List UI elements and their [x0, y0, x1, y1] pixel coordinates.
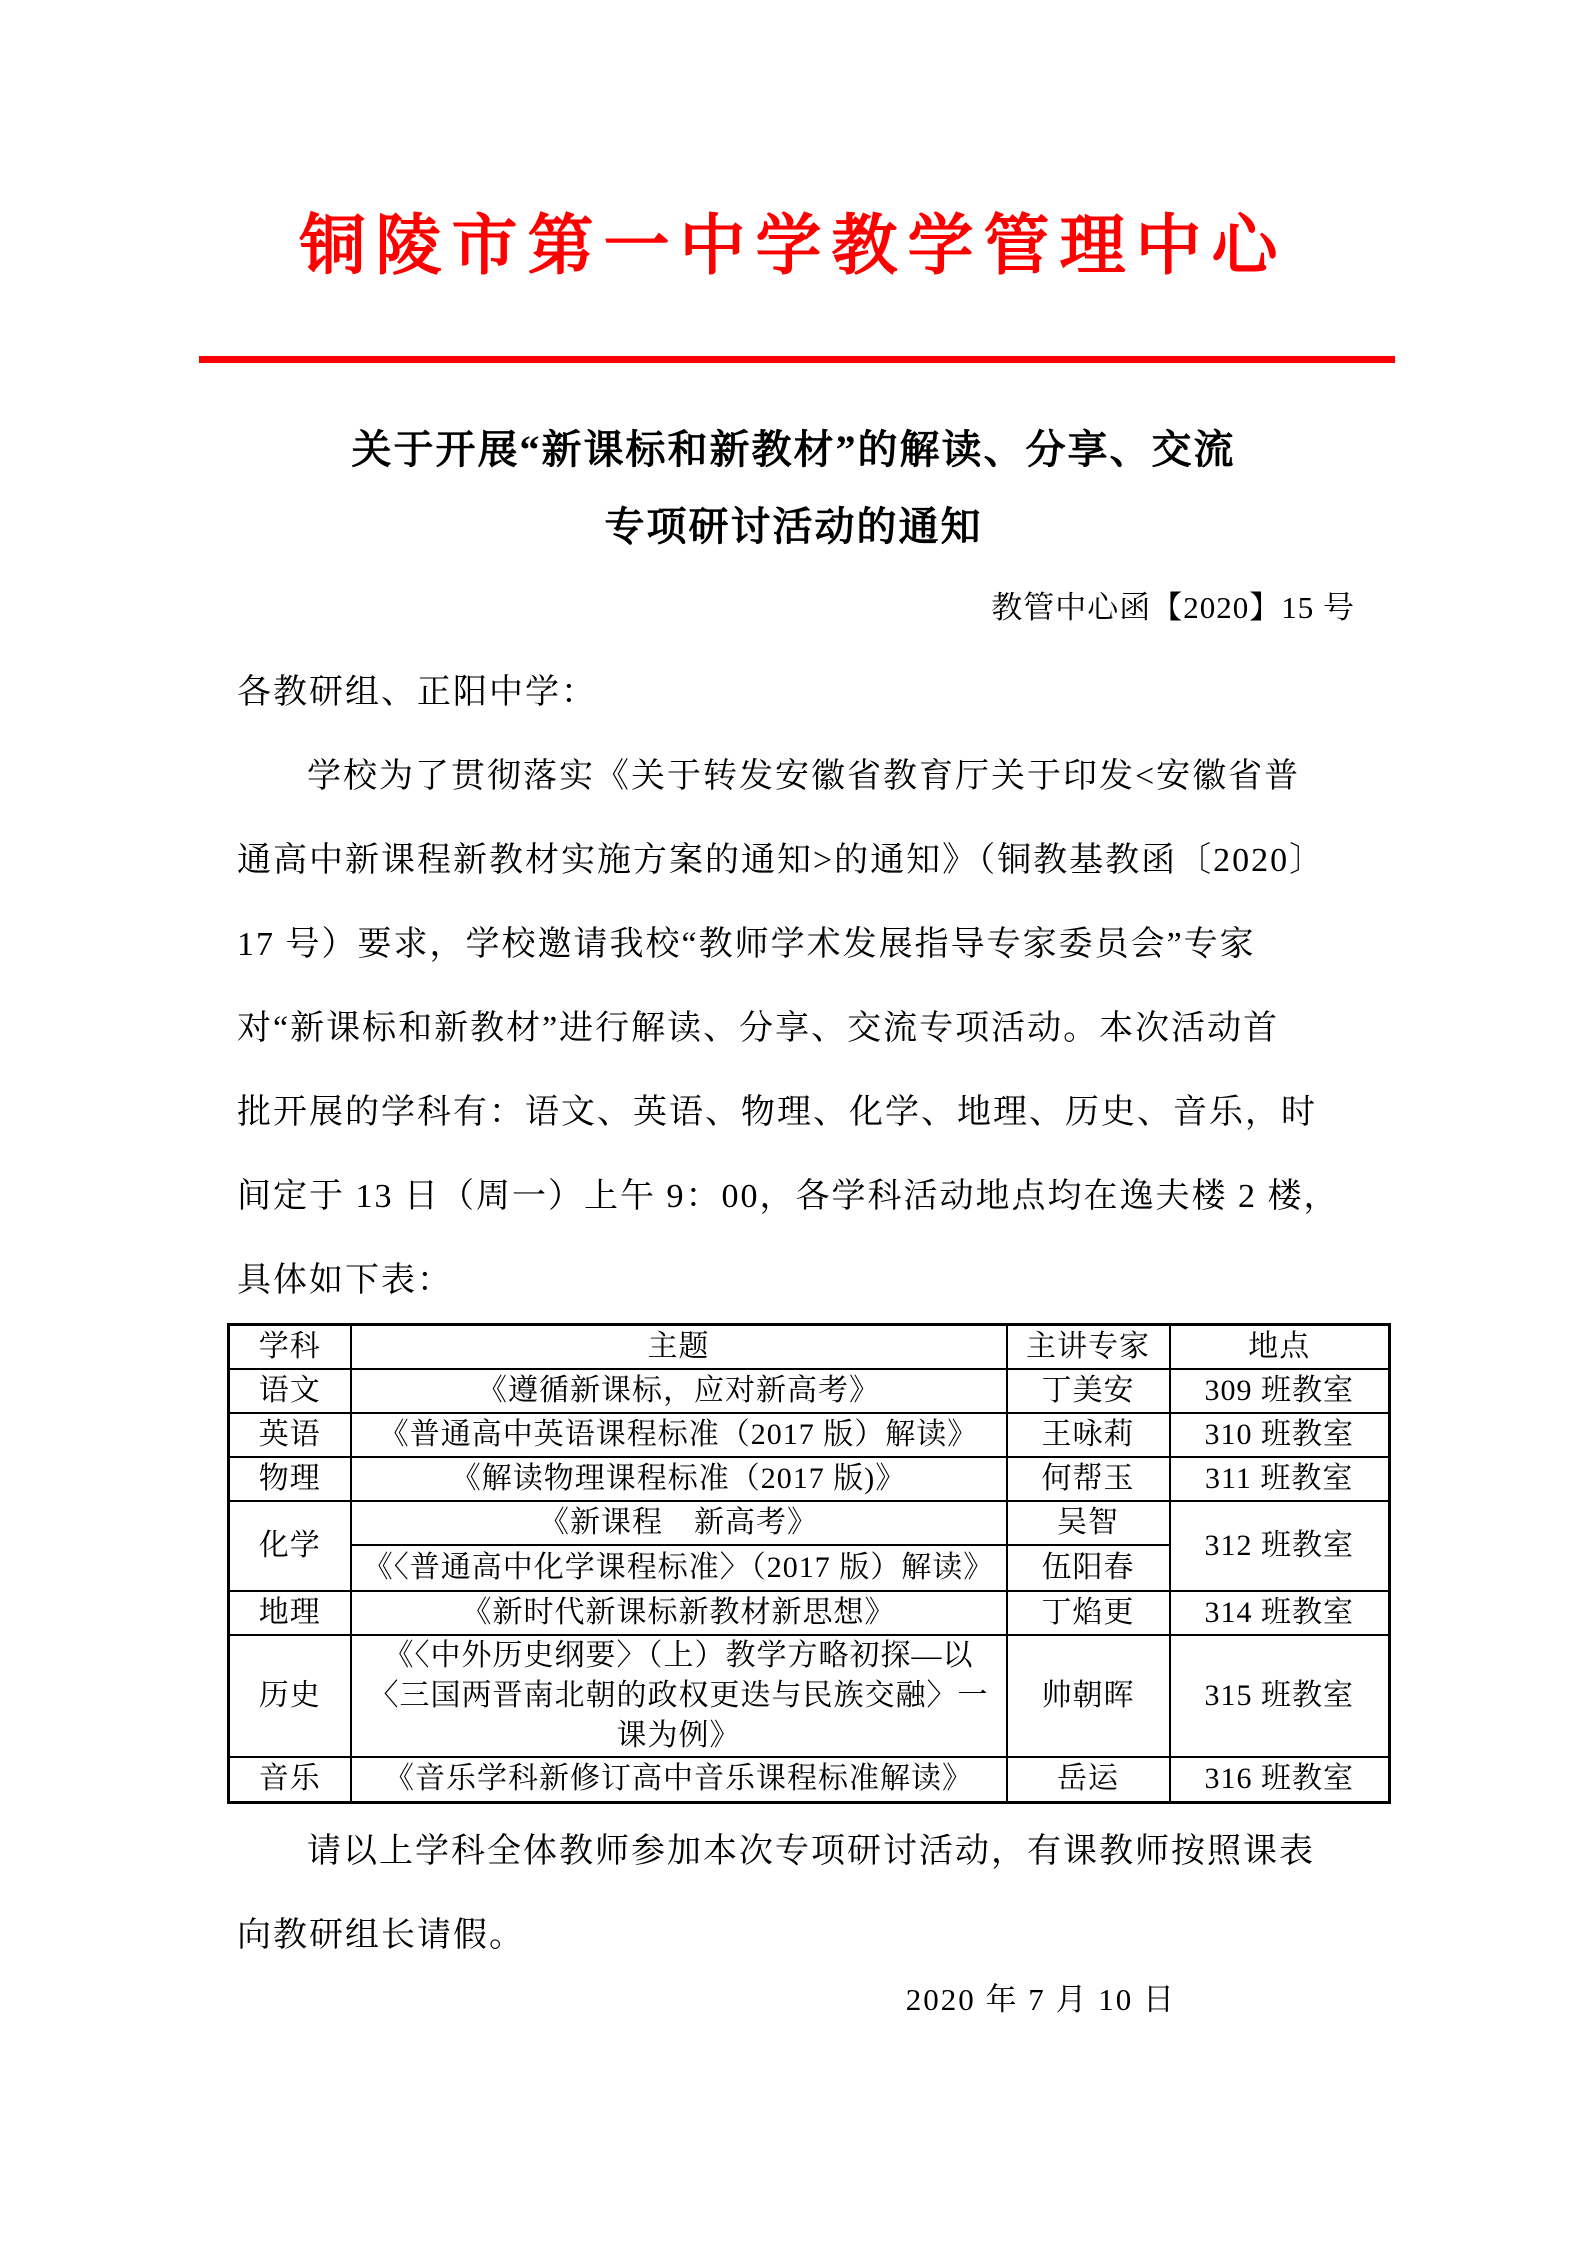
notice-title-line-2: 专项研讨活动的通知 [0, 488, 1587, 565]
cell-topic: 《〈中外历史纲要〉（上）教学方略初探—以〈三国两晋南北朝的政权更迭与民族交融〉一… [351, 1635, 1007, 1757]
table-row: 语文 《遵循新课标，应对新高考》 丁美安 309 班教室 [229, 1369, 1390, 1413]
cell-subject: 物理 [229, 1457, 351, 1501]
closing-line: 请以上学科全体教师参加本次专项研讨活动，有课教师按照课表 [237, 1810, 1387, 1894]
cell-location: 310 班教室 [1170, 1413, 1390, 1457]
body-line: 通高中新课程新教材实施方案的通知>的通知》（铜教基教函〔2020〕 [237, 819, 1387, 903]
header-speaker: 主讲专家 [1007, 1325, 1170, 1369]
cell-speaker: 吴智 [1007, 1501, 1170, 1545]
cell-speaker: 王咏莉 [1007, 1413, 1170, 1457]
body-line: 具体如下表： [237, 1239, 1387, 1323]
cell-location: 309 班教室 [1170, 1369, 1390, 1413]
body-line: 学校为了贯彻落实《关于转发安徽省教育厅关于印发<安徽省普 [237, 735, 1387, 819]
cell-topic: 《遵循新课标，应对新高考》 [351, 1369, 1007, 1413]
cell-subject: 音乐 [229, 1757, 351, 1803]
cell-topic: 《新时代新课标新教材新思想》 [351, 1591, 1007, 1635]
cell-subject: 地理 [229, 1591, 351, 1635]
body-line: 批开展的学科有：语文、英语、物理、化学、地理、历史、音乐，时 [237, 1071, 1387, 1155]
letterhead-title: 铜陵市第一中学教学管理中心 [0, 212, 1587, 278]
letterhead: 铜陵市第一中学教学管理中心 [0, 0, 1587, 278]
notice-date: 2020 年 7 月 10 日 [0, 1958, 1176, 2042]
cell-location: 312 班教室 [1170, 1501, 1390, 1591]
cell-speaker: 伍阳春 [1007, 1545, 1170, 1591]
table-row: 音乐 《音乐学科新修订高中音乐课程标准解读》 岳运 316 班教室 [229, 1757, 1390, 1803]
table-row: 历史 《〈中外历史纲要〉（上）教学方略初探—以〈三国两晋南北朝的政权更迭与民族交… [229, 1635, 1390, 1757]
body-line: 间定于 13 日（周一）上午 9：00，各学科活动地点均在逸夫楼 2 楼， [237, 1155, 1387, 1239]
header-subject: 学科 [229, 1325, 351, 1369]
red-divider [199, 356, 1395, 363]
cell-topic: 《解读物理课程标准（2017 版)》 [351, 1457, 1007, 1501]
body-line: 17 号）要求，学校邀请我校“教师学术发展指导专家委员会”专家 [237, 903, 1387, 987]
notice-document-page: 铜陵市第一中学教学管理中心 关于开展“新课标和新教材”的解读、分享、交流 专项研… [0, 0, 1587, 2245]
cell-topic: 《〈普通高中化学课程标准〉（2017 版）解读》 [351, 1545, 1007, 1591]
cell-location: 311 班教室 [1170, 1457, 1390, 1501]
cell-speaker: 何帮玉 [1007, 1457, 1170, 1501]
notice-body: 各教研组、正阳中学： 学校为了贯彻落实《关于转发安徽省教育厅关于印发<安徽省普 … [237, 651, 1387, 1323]
cell-location: 314 班教室 [1170, 1591, 1390, 1635]
cell-subject: 历史 [229, 1635, 351, 1757]
table-row: 物理 《解读物理课程标准（2017 版)》 何帮玉 311 班教室 [229, 1457, 1390, 1501]
cell-speaker: 帅朝晖 [1007, 1635, 1170, 1757]
schedule-table: 学科 主题 主讲专家 地点 语文 《遵循新课标，应对新高考》 丁美安 309 班… [227, 1323, 1391, 1804]
body-line: 对“新课标和新教材”进行解读、分享、交流专项活动。本次活动首 [237, 987, 1387, 1071]
table-header-row: 学科 主题 主讲专家 地点 [229, 1325, 1390, 1369]
doc-number: 教管中心函【2020】15 号 [0, 565, 1355, 651]
cell-speaker: 丁焰更 [1007, 1591, 1170, 1635]
cell-subject: 英语 [229, 1413, 351, 1457]
cell-location: 315 班教室 [1170, 1635, 1390, 1757]
cell-speaker: 丁美安 [1007, 1369, 1170, 1413]
cell-topic: 《音乐学科新修订高中音乐课程标准解读》 [351, 1757, 1007, 1803]
notice-title-line-1: 关于开展“新课标和新教材”的解读、分享、交流 [0, 411, 1587, 488]
cell-topic: 《普通高中英语课程标准（2017 版）解读》 [351, 1413, 1007, 1457]
table-row: 地理 《新时代新课标新教材新思想》 丁焰更 314 班教室 [229, 1591, 1390, 1635]
salutation: 各教研组、正阳中学： [237, 651, 1387, 735]
cell-speaker: 岳运 [1007, 1757, 1170, 1803]
cell-topic: 《新课程 新高考》 [351, 1501, 1007, 1545]
notice-title: 关于开展“新课标和新教材”的解读、分享、交流 专项研讨活动的通知 [0, 411, 1587, 565]
table-row: 英语 《普通高中英语课程标准（2017 版）解读》 王咏莉 310 班教室 [229, 1413, 1390, 1457]
cell-location: 316 班教室 [1170, 1757, 1390, 1803]
header-location: 地点 [1170, 1325, 1390, 1369]
cell-subject: 化学 [229, 1501, 351, 1591]
table-row: 化学 《新课程 新高考》 吴智 312 班教室 [229, 1501, 1390, 1545]
header-topic: 主题 [351, 1325, 1007, 1369]
cell-subject: 语文 [229, 1369, 351, 1413]
closing-paragraph: 请以上学科全体教师参加本次专项研讨活动，有课教师按照课表 向教研组长请假。 [237, 1810, 1387, 1978]
